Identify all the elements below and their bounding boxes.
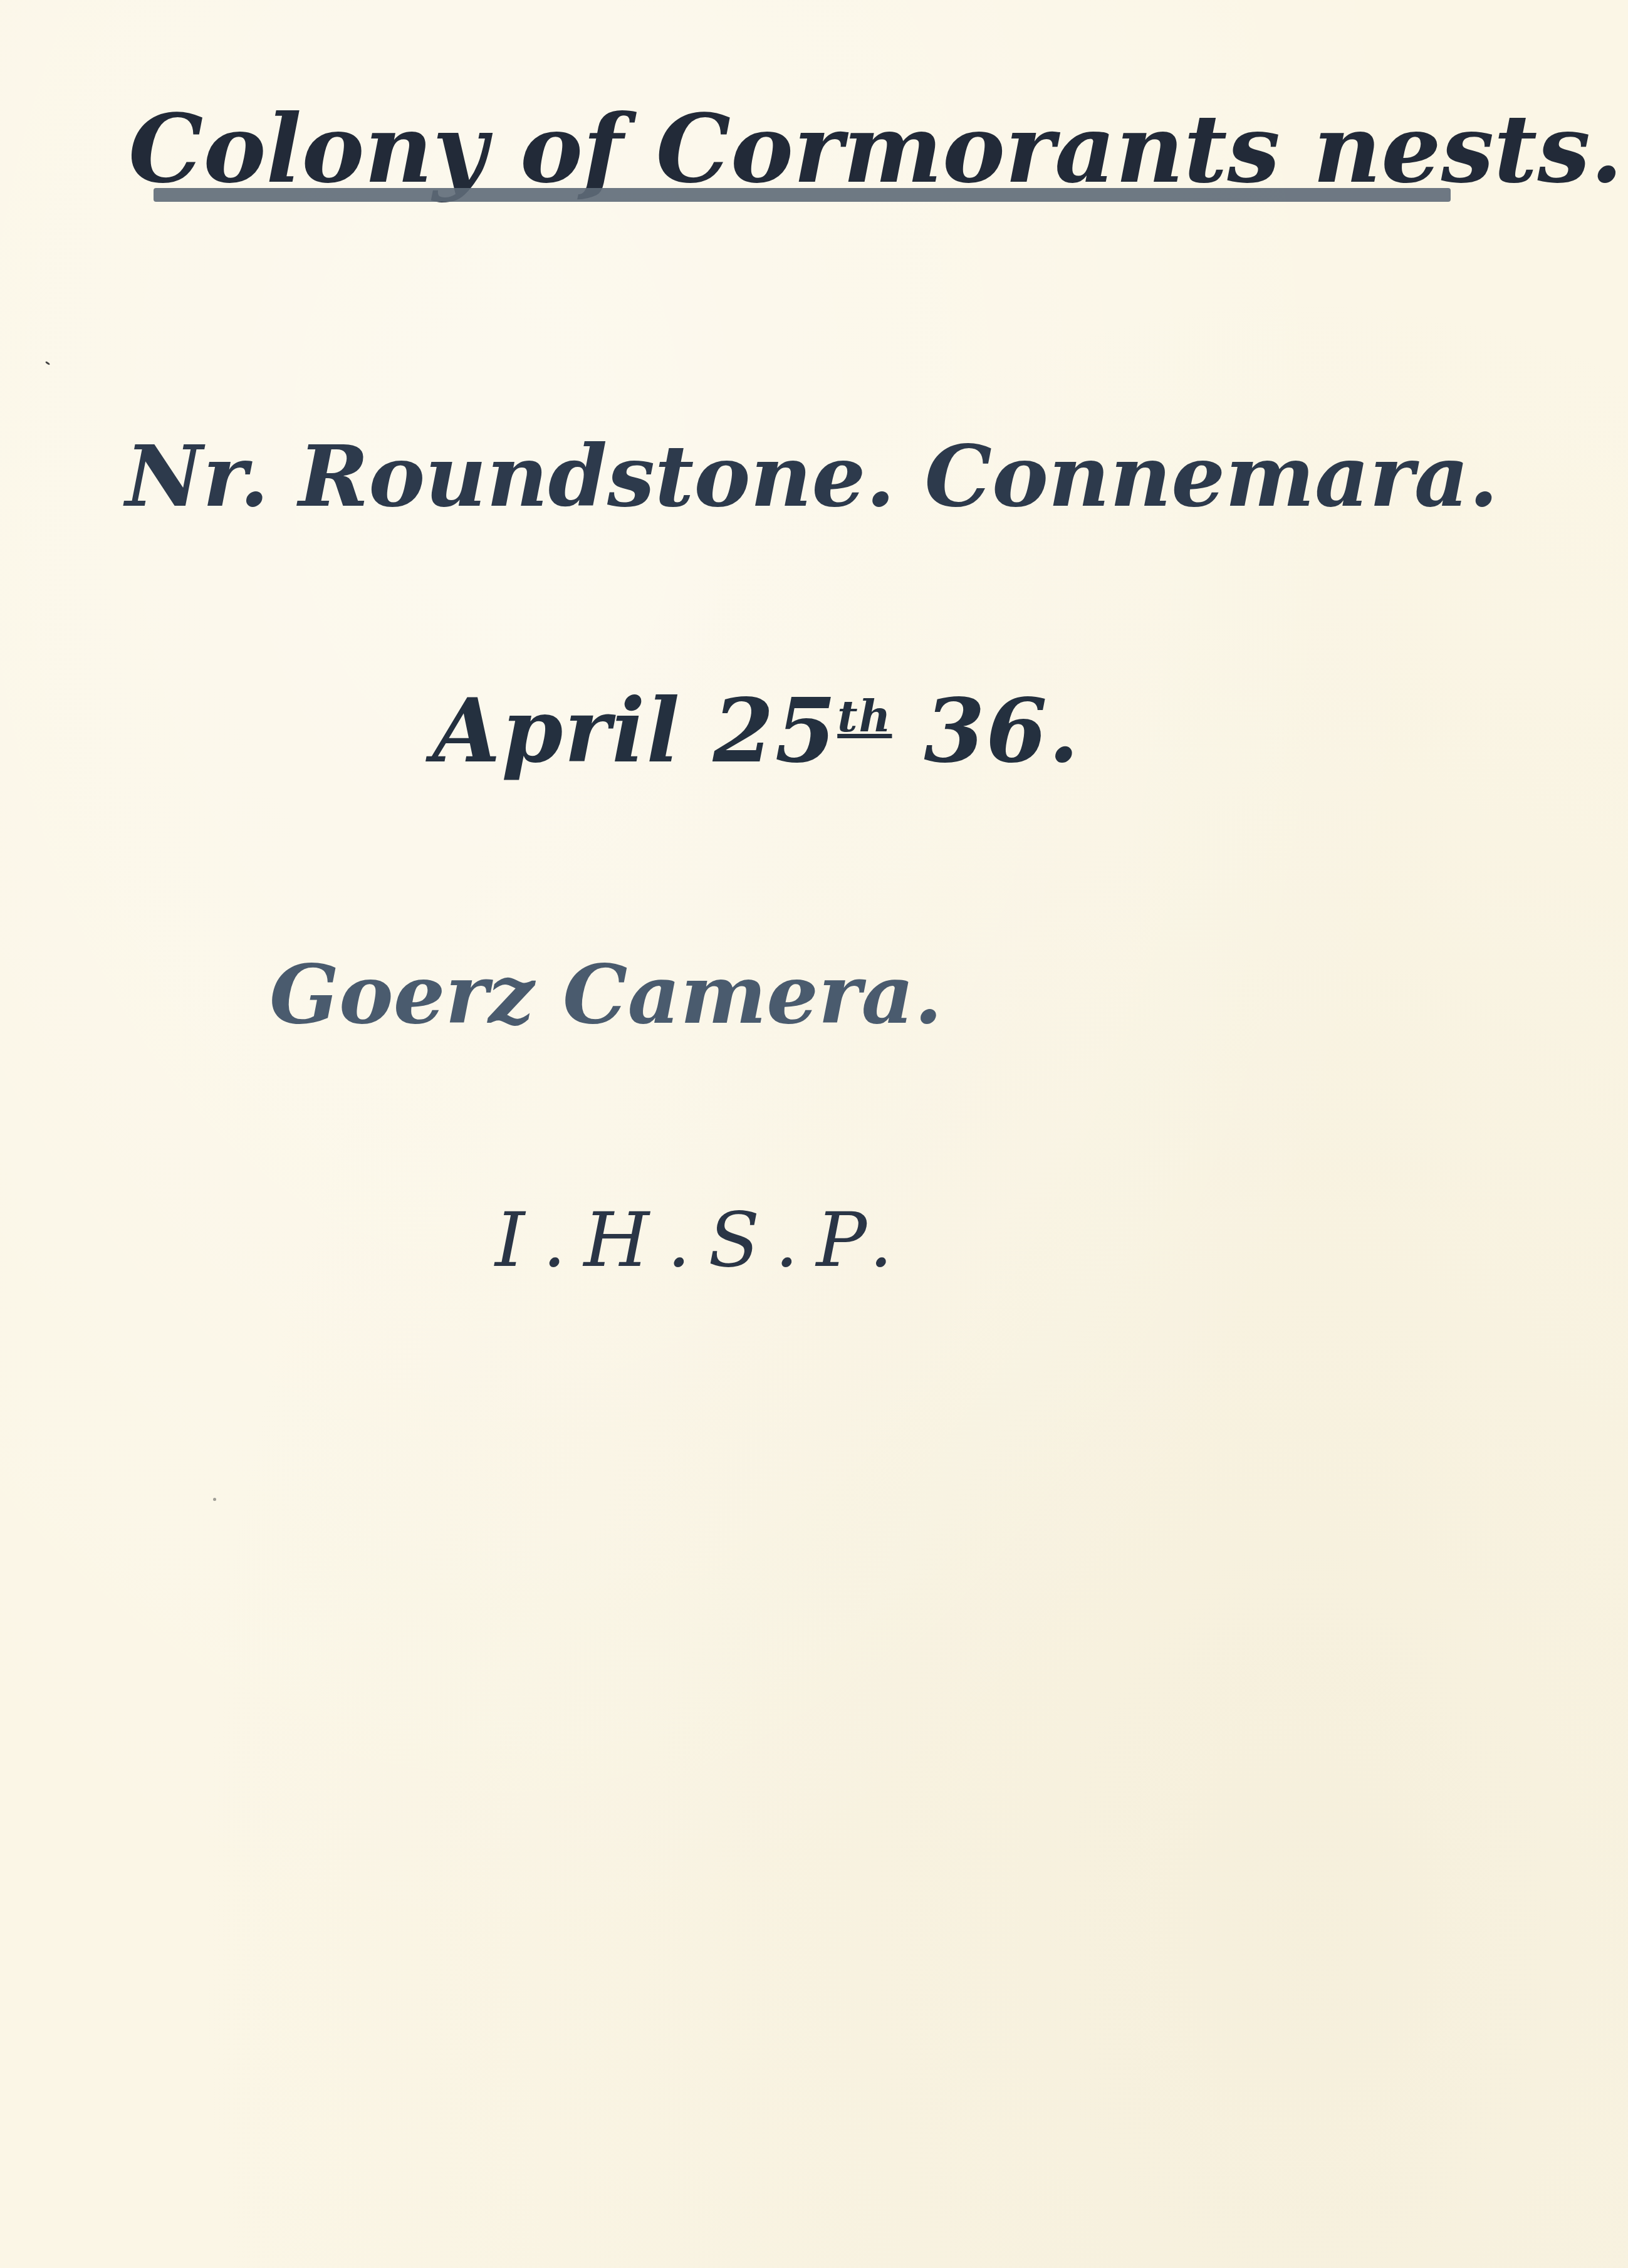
author-initials: I.H.S.P.: [495, 1197, 911, 1284]
date-prefix: April 25: [432, 680, 837, 783]
location-line: Nr. Roundstone. Connemara.: [125, 426, 1498, 526]
date-year: 36.: [892, 680, 1080, 783]
title-underline: [154, 188, 1451, 202]
ink-speck: [213, 1498, 216, 1501]
date-ordinal: th: [837, 690, 892, 742]
camera-line: Goerz Camera.: [269, 946, 942, 1042]
paper-background: [0, 0, 1628, 2268]
date-line: April 25th 36.: [432, 680, 1080, 783]
